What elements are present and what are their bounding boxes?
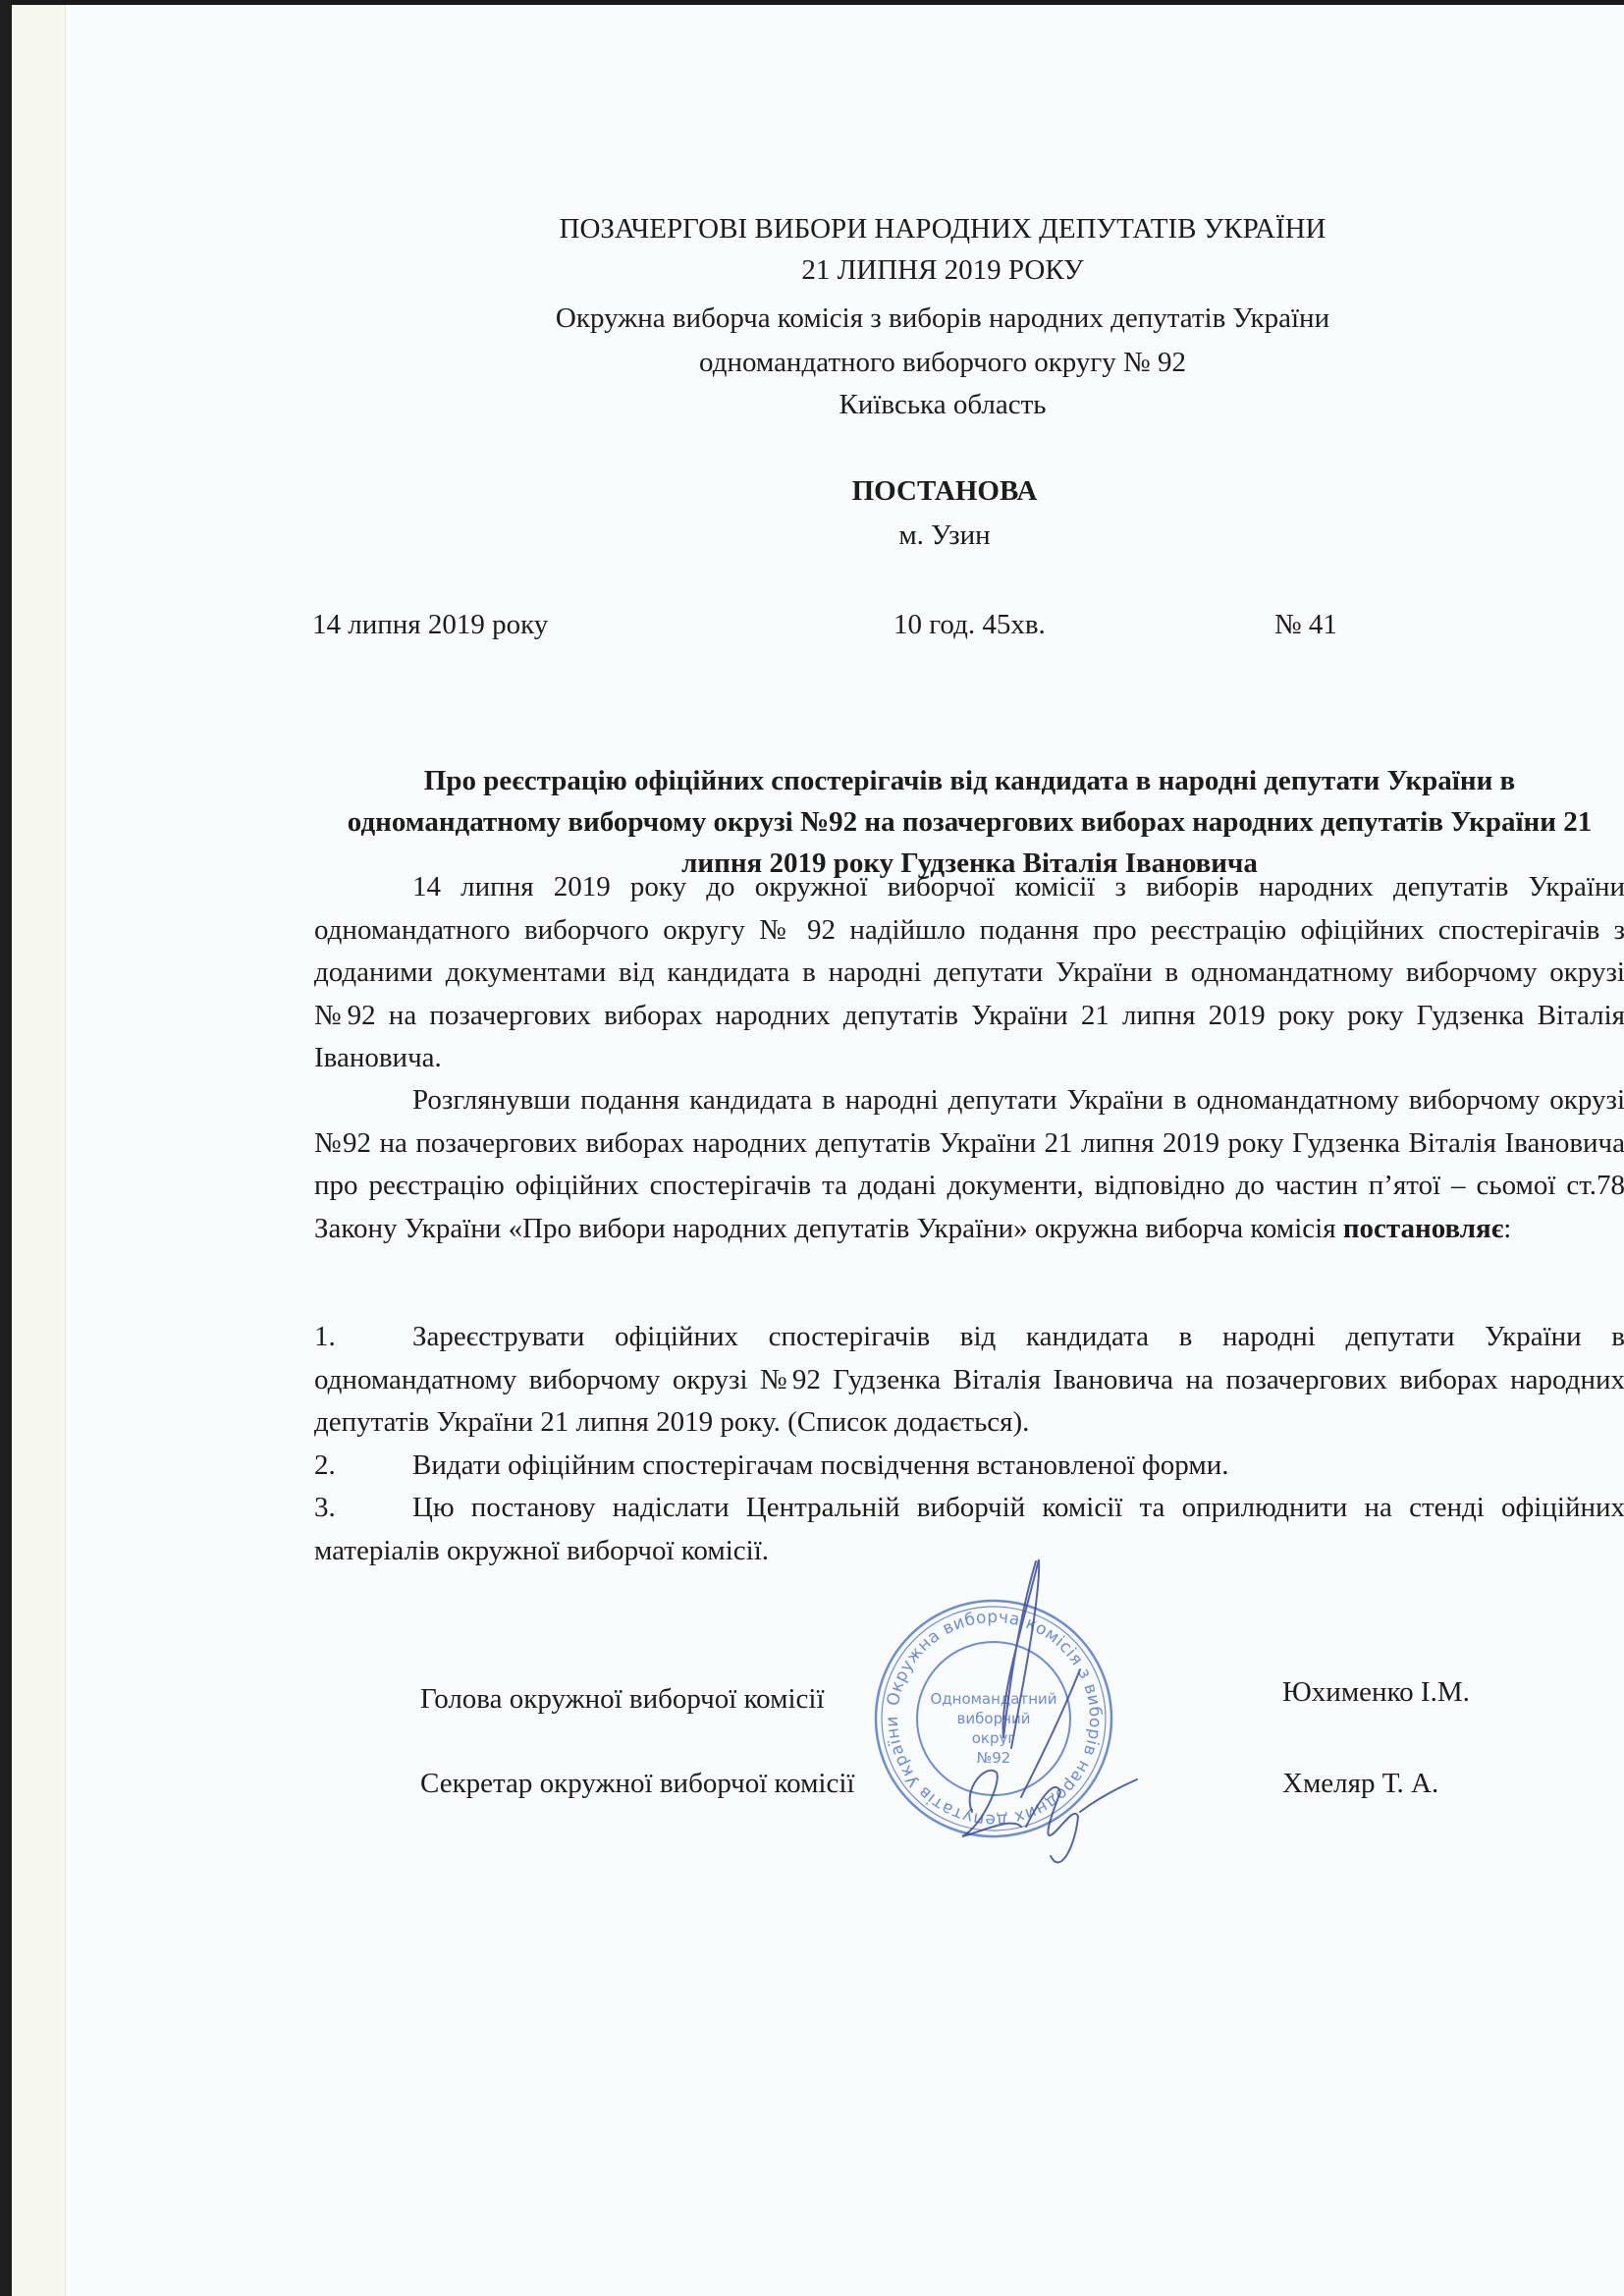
body-paragraph-2: Розглянувши подання кандидата в народні … (314, 1079, 1624, 1250)
document-number: № 41 (1274, 608, 1337, 641)
election-title: ПОЗАЧЕРГОВІ ВИБОРИ НАРОДНИХ ДЕПУТАТІВ УК… (560, 212, 1326, 246)
list-item-text: Видати офіційним спостерігачам посвідчен… (412, 1449, 1228, 1481)
body-paragraph-1: 14 липня 2019 року до окружної виборчої … (314, 866, 1624, 1080)
document-time: 10 год. 45хв. (893, 608, 1046, 641)
chairman-name: Юхименко І.М. (1282, 1675, 1470, 1709)
secretary-name: Хмеляр Т. А. (1282, 1767, 1438, 1800)
document-date: 14 липня 2019 року (312, 608, 548, 641)
chairman-role: Голова окружної виборчої комісії (420, 1682, 825, 1716)
election-date: 21 ЛИПНЯ 2019 РОКУ (801, 253, 1083, 287)
district-name: одномандатного виборчого округу № 92 (699, 346, 1186, 379)
paragraph-2-end: : (1503, 1213, 1511, 1244)
document-page: ПОЗАЧЕРГОВІ ВИБОРИ НАРОДНИХ ДЕПУТАТІВ УК… (0, 0, 1624, 2296)
list-item-text: Зареєструвати офіційних спостерігачів ві… (314, 1321, 1624, 1438)
list-item-number: 3. (314, 1487, 336, 1530)
secretary-role: Секретар окружної виборчої комісії (420, 1767, 854, 1800)
list-item-number: 1. (314, 1316, 336, 1359)
document-type: ПОСТАНОВА (852, 474, 1038, 508)
list-item-number: 2. (314, 1445, 336, 1488)
commission-name: Окружна виборча комісія з виборів народн… (556, 301, 1329, 335)
resolutions-list: 1. Зареєструвати офіційних спостерігачів… (314, 1316, 1624, 1572)
city: м. Узин (898, 519, 990, 552)
resolves-keyword: постановляє (1343, 1213, 1503, 1244)
handwritten-signature-icon (943, 1552, 1139, 1886)
region-name: Київська область (839, 388, 1047, 421)
list-item: 2. Видати офіційним спостерігачам посвід… (314, 1445, 1624, 1488)
list-item: 1. Зареєструвати офіційних спостерігачів… (314, 1316, 1624, 1445)
